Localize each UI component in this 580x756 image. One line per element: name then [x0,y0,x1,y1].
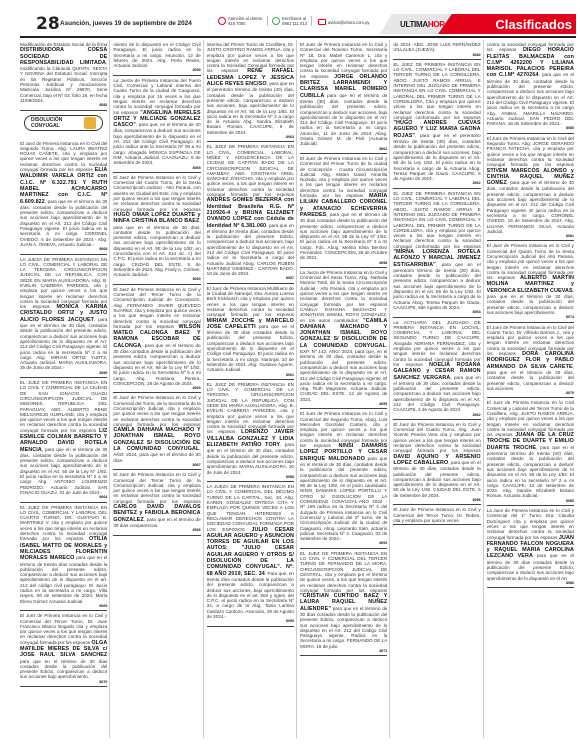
notice-code: 8069 [20,604,107,609]
legal-notice: El Juez de Primera Instancia en lo Civil… [113,393,200,470]
notice-code: 8054 [300,541,387,546]
classifieds-columns: Modificación de Estatuto Social de la fi… [20,40,576,738]
legal-notice: El Juez de Primera Instancia en lo Civil… [300,409,387,548]
legal-notice: EL JUEZ DE PRIMERA INSTANCIA EN LO CIVIL… [20,378,107,503]
phone-icon [218,17,226,25]
notice-code: 8058 [300,261,387,266]
legal-notice: El Juez de Primera Instancia en lo Civil… [487,134,574,242]
legal-notice: El Juez de Primera Instancia en lo Civil… [300,154,387,268]
notice-code: 8062 [393,413,480,418]
legal-notice: miento de lo dispuesto en el Código Civi… [113,40,200,76]
notice-code: 8061 [207,373,294,378]
notice-code: 8074 [487,315,574,320]
legal-notice: La Juez de Primera Instancia en lo Civil… [487,506,574,588]
legal-notice: La ACTUARIA DEL JUZGADO DE PRIMERA INSTA… [393,318,480,420]
customer-service-contact: Atención al cliente:415 7000 [218,16,268,26]
notice-code: 8063 [207,135,294,140]
legal-notice: EL JUEZ DE PRIMERA INSTANCIA EN LO CIVIL… [207,380,294,482]
notice-code: 8062 [300,147,387,152]
legal-notice: El Juez de Primera Instancia en lo Civil… [113,173,200,285]
legal-notice: El Juez de Primera Instancia en lo Civil… [393,420,480,505]
notice-code: 8057 [207,276,294,281]
notice-code: 8059 [207,619,294,624]
legal-notice: El Juez de Primera Instancia en lo Civil… [113,285,200,394]
column-3: interina del Primer Turno de Cordillera,… [207,40,297,738]
column-1: Modificación de Estatuto Social de la fi… [20,40,110,738]
column-5: de 2024. ABG. JOSE LUIS FERNANDEZ VILLAL… [393,40,483,738]
notice-code: 8082 [393,53,480,58]
legal-notice: La Jueza de Primera Instancia en lo Civi… [300,268,387,409]
column-6: contra la sociedad conyugal formada por … [487,40,576,738]
notice-code: 8063 [113,386,200,391]
notice-code: 8063 [393,310,480,315]
page-header: 28 Asunción, jueves 19 de septiembre de … [0,12,580,36]
notice-code: 8085 [487,499,574,504]
column-4: El Juez de Primera Instancia en lo Civil… [300,40,390,738]
legal-notice: El Juez de Primera Instancia en lo Civil… [113,470,200,535]
legal-notice: LA JUEZA DE PRIMERA INSTANCIA EN LO CIVI… [20,255,107,379]
whatsapp-contact: Escríbinos al0981 111 013 [272,16,312,26]
notice-code: 8055 [300,402,387,407]
legal-notice: EL JUEZ DE PRIMERA INSTANCIA EN LO CIVIL… [207,142,294,283]
page-date: Asunción, jueves 19 de septiembre de 202… [60,20,192,27]
notice-code: 8076 [487,391,574,396]
notice-code: 8065 [113,166,200,171]
notice-code: 8071 [300,649,387,654]
legal-notice: LA JUEZA DE PRIMERA INSTANCIA EN LO CIVI… [207,482,294,626]
notice-code: 8081 [487,234,574,239]
legal-notice: El Juez de Primera Instancia en lo Civil… [487,241,574,322]
legal-notice: El Juez de Primera Instancia en lo Civil… [20,611,107,687]
section-header-disolucion-conyugal: DISOLUCIÓN CONYUGAL [24,115,103,131]
legal-notice: La Jueza de Primera Instancia del Fuero … [113,76,200,173]
email-contact: avisos@uhora.com.py [318,19,374,25]
document-icon [84,117,96,129]
notice-code: 8058 [207,475,294,480]
legal-notice: interina del Primer Turno de Cordillera,… [207,40,294,142]
page-number: 28 [36,14,60,34]
notice-code: 8056 [20,371,107,376]
notice-code: 8082 [20,103,107,108]
whatsapp-icon [272,17,280,25]
legal-notice: El Juez de Primera Instancia en lo Civil… [487,398,574,506]
column-2: miento de lo dispuesto en el Código Civi… [113,40,203,738]
notice-code: 8066 [113,528,200,533]
legal-notice: EL JUEZ DE PRIMERA INSTANCIA EN LO CIVIL… [393,189,480,318]
notice-code: 8080 [487,126,574,131]
legal-notice: El Juez de Primera Instancia en lo Civil… [300,40,387,154]
legal-notice: Modificación de Estatuto Social de la fi… [20,40,107,111]
notice-code: 8068 [20,247,107,252]
notice-code: 8064 [20,495,107,500]
legal-notice: EL JUEZ DE PRIMERA INSTANCIA EN LO CIVIL… [20,503,107,612]
notice-code: 8053 [113,68,200,73]
legal-notice: El Juez de Primera Instancia en lo Civil… [20,139,107,255]
legal-notice: El Juez de Primera Instancia Multifuero … [207,284,294,380]
legal-notice: EL JUEZ DE PRIMERA INSTANCIA EN LO CIVIL… [393,60,480,189]
notice-code: 8070 [20,680,107,685]
notice-code: 8056 [393,498,480,503]
mail-icon [318,19,326,25]
legal-notice: contra la sociedad conyugal formada por … [487,40,574,134]
section-tag: Clasificados [438,14,576,34]
legal-notice: El Juez de Primera Instancia en lo Civil… [393,505,480,525]
notice-code: 8062 [393,181,480,186]
legal-notice: El Juez de Primera Instancia en lo Civil… [487,323,574,399]
legal-notice: de 2024. ABG. JOSE LUIS FERNANDEZ VILLAL… [393,40,480,60]
notice-code: 8067 [113,463,200,468]
notice-code: 8060 [113,277,200,282]
legal-notice: EL JUEZ DE PRIMERA INSTANCIA EN LO CIVIL… [300,549,387,657]
notice-code: 8086 [487,581,574,586]
header-divider [20,36,576,38]
